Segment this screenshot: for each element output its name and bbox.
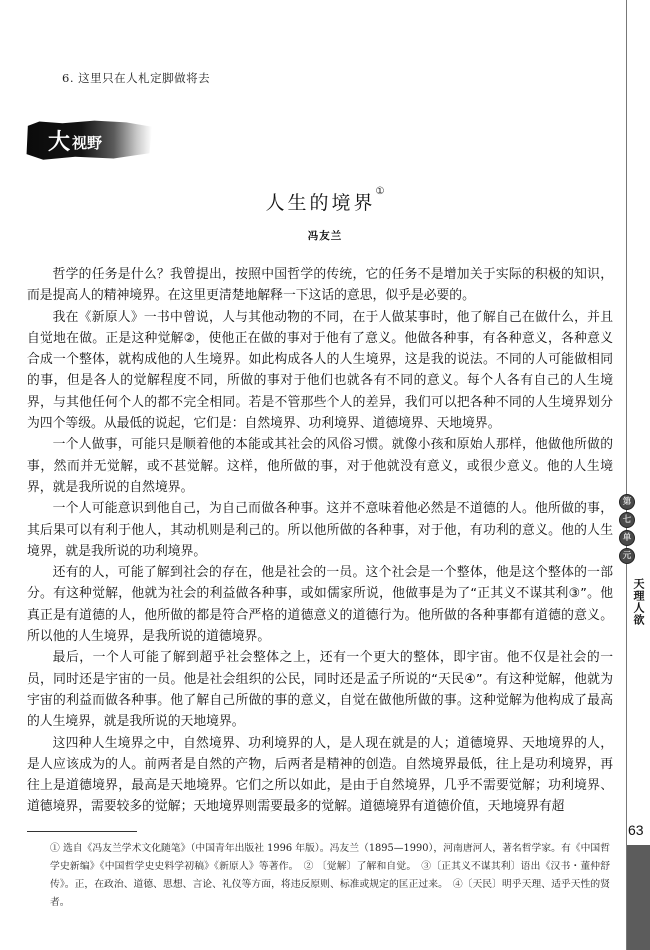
- footnote-divider: [27, 831, 137, 832]
- page-number: 63: [628, 822, 644, 838]
- article-author: 冯友兰: [0, 228, 650, 243]
- paragraph: 一个人可能意识到他自己，为自己而做各种事。这并不意味着他必然是不道德的人。他所做…: [27, 498, 613, 562]
- paragraph: 哲学的任务是什么？我曾提出，按照中国哲学的传统，它的任务不是增加关于实际的积极的…: [27, 264, 613, 307]
- article-body: 哲学的任务是什么？我曾提出，按照中国哲学的传统，它的任务不是增加关于实际的积极的…: [27, 264, 613, 818]
- unit-badge-char: 单: [619, 530, 635, 546]
- article-title-text: 人生的境界: [266, 192, 376, 214]
- page-edge-block: [627, 845, 650, 950]
- paragraph: 我在《新原人》一书中曾说，人与其他动物的不同，在于人做某事时，他了解自己在做什么…: [27, 307, 613, 435]
- footnotes: ① 选自《冯友兰学术文化随笔》（中国青年出版社 1996 年版）。冯友兰（189…: [50, 840, 610, 912]
- title-footnote-marker: ①: [376, 186, 385, 197]
- paragraph: 还有的人，可能了解到社会的存在，他是社会的一员。这个社会是一个整体，他是这个整体…: [27, 562, 613, 647]
- exercise-item: 6. 这里只在人札定脚做将去: [62, 70, 210, 86]
- paragraph: 一个人做事，可能只是顺着他的本能或其社会的风俗习惯。就像小孩和原始人那样，他做他…: [27, 434, 613, 498]
- banner-big-char: 大: [48, 125, 70, 156]
- unit-theme: 天理人欲: [632, 578, 646, 626]
- unit-badge-char: 元: [619, 548, 635, 564]
- unit-badge-char: 第: [619, 494, 635, 510]
- paragraph: 最后，一个人可能了解到超乎社会整体之上，还有一个更大的整体，即宇宙。他不仅是社会…: [27, 647, 613, 732]
- unit-badges: 第 七 单 元: [619, 494, 635, 566]
- section-banner-da-shiye: 大 视野: [24, 118, 152, 162]
- footnote-text: ① 选自《冯友兰学术文化随笔》（中国青年出版社 1996 年版）。冯友兰（189…: [50, 840, 610, 912]
- paragraph: 这四种人生境界之中，自然境界、功利境界的人，是人现在就是的人；道德境界、天地境界…: [27, 733, 613, 818]
- article-title: 人生的境界①: [0, 188, 650, 215]
- banner-label: 视野: [72, 132, 102, 153]
- margin-rule: [626, 0, 627, 950]
- unit-badge-char: 七: [619, 512, 635, 528]
